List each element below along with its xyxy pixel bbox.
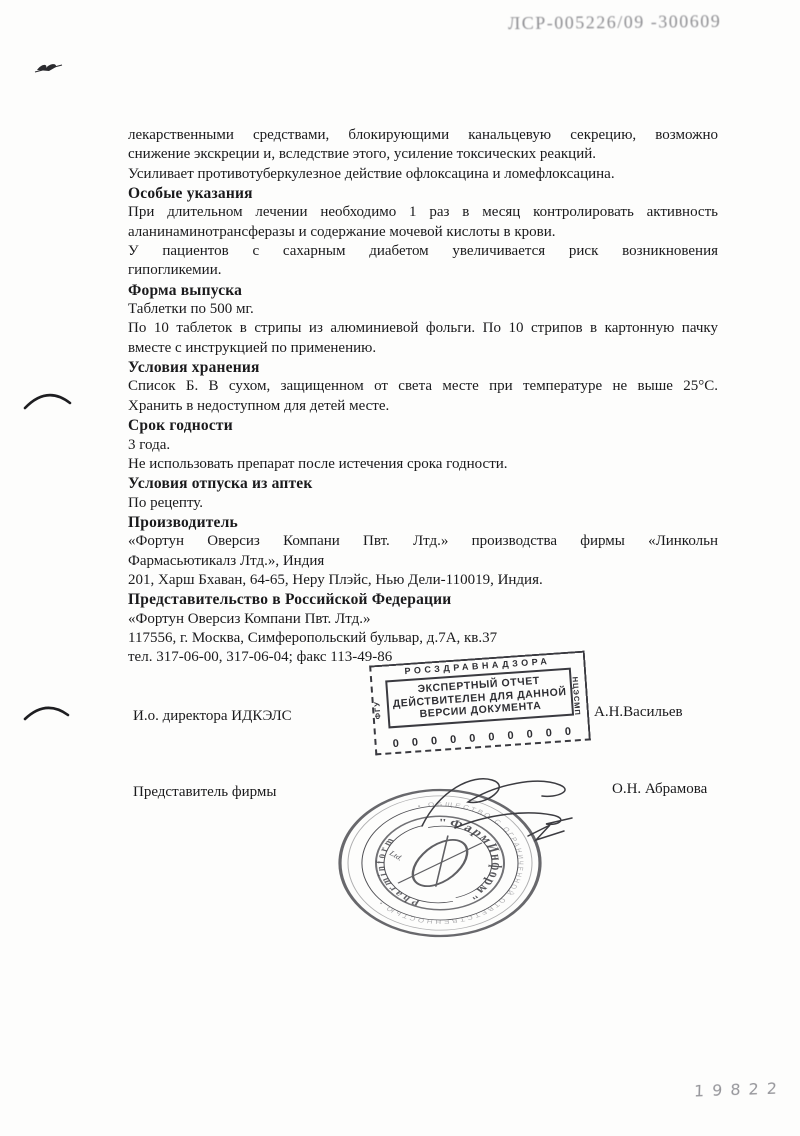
text-line: 3 года.	[128, 436, 718, 455]
signatory-name-abramova: О.Н. Абрамова	[612, 781, 707, 798]
handwritten-signature	[400, 768, 600, 848]
text-line: 201, Харш Бхаван, 64-65, Неру Плэйс, Нью…	[128, 571, 718, 590]
text-line: Хранить в недоступном для детей месте.	[128, 397, 718, 416]
pencil-page-number: 19822	[694, 1078, 786, 1100]
expert-report-stamp: РОСЗДРАВНАДЗОРА ФГУ НЦЭСМП ЭКСПЕРТНЫЙ ОТ…	[369, 651, 591, 756]
text-line: Список Б. В сухом, защищенном от света м…	[128, 377, 718, 396]
text-line: вместе с инструкцией по применению.	[128, 339, 718, 358]
text-line: лекарственными средствами, блокирующими …	[128, 126, 718, 145]
text-line: аланинаминотрансферазы и содержание моче…	[128, 223, 718, 242]
text-line: Фармасьютикалз Лтд.», Индия	[128, 552, 718, 571]
section-heading: Условия отпуска из аптек	[128, 474, 718, 493]
text-line: У пациентов с сахарным диабетом увеличив…	[128, 242, 718, 261]
section-heading: Производитель	[128, 513, 718, 532]
ink-scribble-mark	[34, 58, 66, 76]
section-heading: Представительство в Российской Федерации	[128, 590, 718, 609]
stamp-inner-box: ЭКСПЕРТНЫЙ ОТЧЕТ ДЕЙСТВИТЕЛЕН ДЛЯ ДАННОЙ…	[385, 668, 574, 729]
stamp-left-vertical-text: ФГУ	[372, 701, 382, 720]
text-line: снижение экскреции и, вследствие этого, …	[128, 145, 718, 164]
margin-arc-mark	[22, 703, 74, 727]
margin-arc-mark	[22, 390, 74, 414]
text-line: «Фортун Оверсиз Компани Пвт. Лтд.»	[128, 610, 718, 629]
text-line: 117556, г. Москва, Симферопольский бульв…	[128, 629, 718, 648]
text-line: гипогликемии.	[128, 261, 718, 280]
section-heading: Особые указания	[128, 184, 718, 203]
text-line: По 10 таблеток в стрипы из алюминиевой ф…	[128, 319, 718, 338]
scanned-document-page: ЛСР-005226/09 -300609 лекарственными сре…	[0, 0, 800, 1136]
stamp-zeros-row: 0 0 0 0 0 0 0 0 0 0	[376, 725, 588, 752]
signatory-title-representative: Представитель фирмы	[133, 784, 276, 801]
signatory-name-vasiliev: А.Н.Васильев	[594, 704, 683, 721]
signatory-title-director: И.о. директора ИДКЭЛС	[133, 708, 292, 725]
text-line: Таблетки по 500 мг.	[128, 300, 718, 319]
section-heading: Форма выпуска	[128, 281, 718, 300]
text-line: При длительном лечении необходимо 1 раз …	[128, 203, 718, 222]
section-heading: Условия хранения	[128, 358, 718, 377]
document-body: лекарственными средствами, блокирующими …	[128, 126, 718, 668]
text-line: По рецепту.	[128, 494, 718, 513]
registration-number: ЛСР-005226/09 -300609	[508, 11, 738, 34]
text-line: Усиливает противотуберкулезное действие …	[128, 165, 718, 184]
text-line: Не использовать препарат после истечения…	[128, 455, 718, 474]
section-heading: Срок годности	[128, 416, 718, 435]
text-line: «Фортун Оверсиз Компани Пвт. Лтд.» произ…	[128, 532, 718, 551]
